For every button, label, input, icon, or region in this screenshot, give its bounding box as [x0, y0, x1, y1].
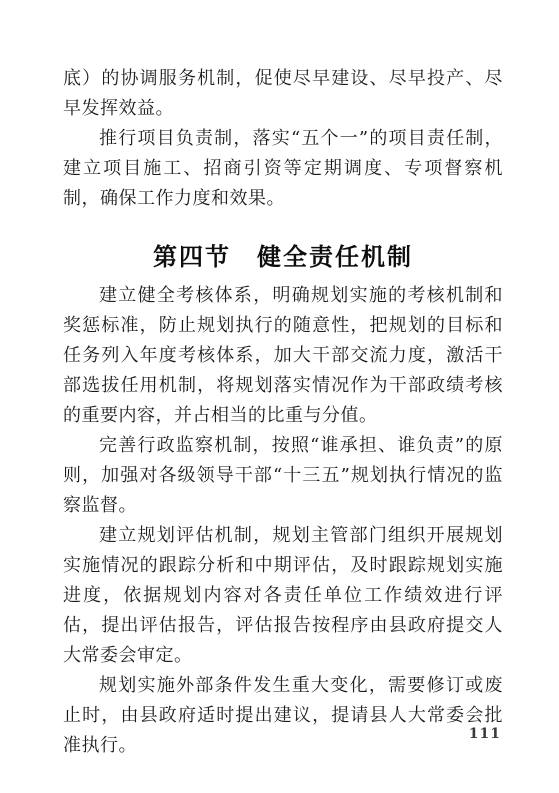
paragraph: 完善行政监察机制，按照“谁承担、谁负责”的原则，加强对各级领导干部“十三五”规划… — [63, 431, 503, 521]
paragraph: 建立规划评估机制，规划主管部门组织开展规划实施情况的跟踪分析和中期评估，及时跟踪… — [63, 521, 503, 671]
paragraph: 建立健全考核体系，明确规划实施的考核机制和奖惩标准，防止规划执行的随意性，把规划… — [63, 281, 503, 431]
paragraph-continuation: 底）的协调服务机制，促使尽早建设、尽早投产、尽早发挥效益。 — [63, 64, 503, 124]
page-number: 111 — [469, 726, 501, 742]
section-heading: 第四节 健全责任机制 — [63, 239, 503, 275]
paragraph: 规划实施外部条件发生重大变化，需要修订或废止时，由县政府适时提出建议，提请县人大… — [63, 671, 503, 761]
paragraph: 推行项目负责制，落实“五个一”的项目责任制，建立项目施工、招商引资等定期调度、专… — [63, 124, 503, 214]
text-column: 底）的协调服务机制，促使尽早建设、尽早投产、尽早发挥效益。 推行项目负责制，落实… — [63, 64, 503, 761]
document-page: 底）的协调服务机制，促使尽早建设、尽早投产、尽早发挥效益。 推行项目负责制，落实… — [0, 0, 559, 793]
